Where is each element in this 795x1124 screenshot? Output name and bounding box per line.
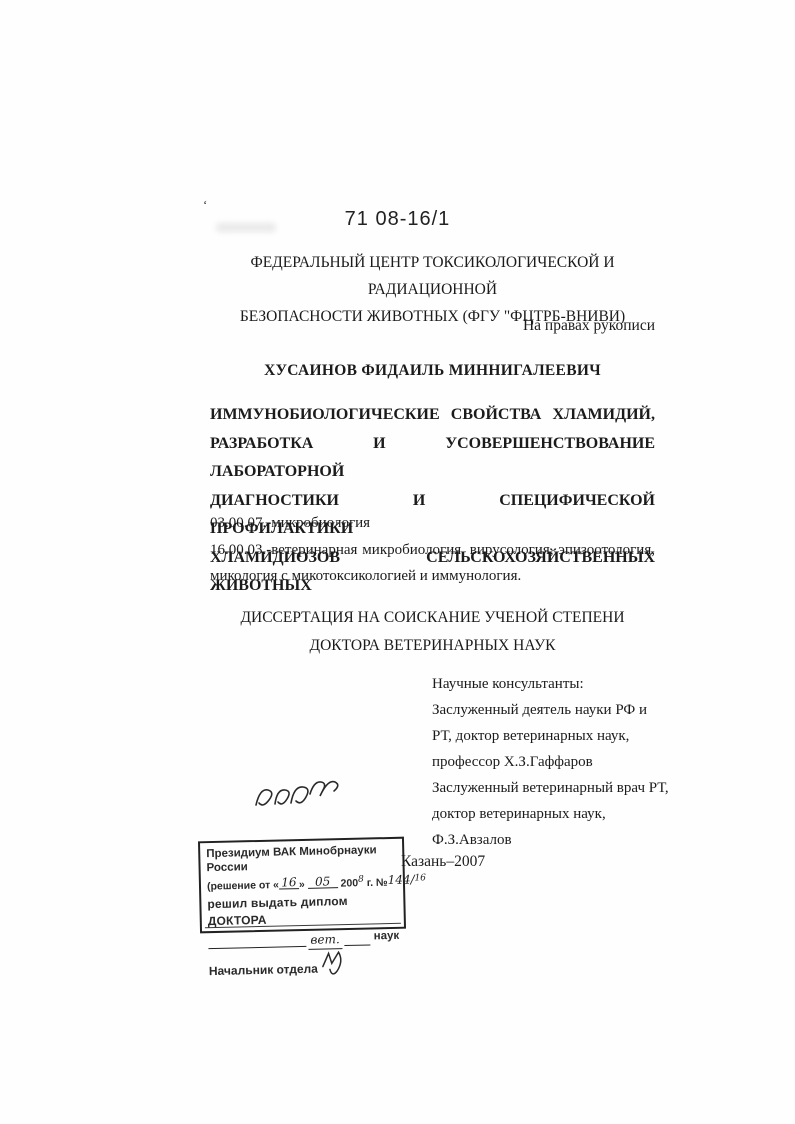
stamp-number-handwritten: 144/ — [387, 872, 414, 887]
chief-signature-icon — [319, 949, 354, 981]
stamp-month-handwritten: 05 — [308, 876, 338, 889]
stamp-chief-label: Начальник отдела — [209, 959, 318, 979]
specialty-line: микология с микотоксикологией и иммуноло… — [210, 563, 655, 590]
stamp-chief-line: Начальник отдела — [208, 944, 400, 979]
consultant-line: Заслуженный ветеринарный врач РТ, — [432, 775, 672, 801]
stamp-number-sup-handwritten: 16 — [414, 873, 426, 883]
stamp-year-digit-handwritten: 8 — [358, 875, 364, 885]
specialty-line: 16.00.03.-ветеринарная микробиология, ви… — [210, 537, 655, 564]
degree-statement: ДИССЕРТАЦИЯ НА СОИСКАНИЕ УЧЕНОЙ СТЕПЕНИ … — [210, 604, 655, 659]
signature-scribble-icon — [246, 763, 341, 821]
consultant-line: доктор ветеринарных наук, — [432, 801, 672, 827]
title-line: ИММУНОБИОЛОГИЧЕСКИЕ СВОЙСТВА ХЛАМИДИЙ, — [210, 401, 655, 430]
author-name: ХУСАИНОВ ФИДАИЛЬ МИННИГАЛЕЕВИЧ — [210, 362, 655, 380]
specialty-codes: 03.00.07.-микробиология 16.00.03.-ветери… — [210, 510, 655, 590]
consultant-line: Ф.З.Авзалов — [432, 827, 672, 853]
stamp-blank-handwritten: вет. — [308, 930, 342, 950]
stamp-decision-line: (решение от «16» 05 2008 г. №144/16 — [207, 871, 398, 896]
vak-approval-stamp: Президиум ВАК Минобрнауки России (решени… — [198, 837, 406, 934]
title-line: РАЗРАБОТКА И УСОВЕРШЕНСТВОВАНИЕ ЛАБОРАТО… — [210, 430, 655, 487]
stamp-day-handwritten: 16 — [279, 877, 299, 889]
stamp-blank-underline-2 — [344, 930, 370, 946]
stamp-quote-close: » — [299, 878, 305, 890]
city-year: Казань–2007 — [401, 853, 485, 871]
stamp-header: Президиум ВАК Минобрнауки России — [206, 843, 398, 875]
consultants-heading: Научные консультанты: — [432, 671, 672, 697]
consultant-line: Заслуженный деятель науки РФ и — [432, 697, 672, 723]
stamp-blank-underline — [208, 931, 307, 948]
catalog-number: 71 08-16/1 — [0, 208, 795, 231]
stamp-decision-prefix: (решение от « — [207, 879, 279, 893]
manuscript-rights-note: На правах рукописи — [523, 317, 655, 335]
institution-line-1: ФЕДЕРАЛЬНЫЙ ЦЕНТР ТОКСИКОЛОГИЧЕСКОЙ И РА… — [210, 249, 655, 303]
scientific-consultants: Научные консультанты: Заслуженный деятел… — [432, 671, 672, 853]
dissertation-title-page: ‘ 71 08-16/1 ФЕДЕРАЛЬНЫЙ ЦЕНТР ТОКСИКОЛО… — [0, 0, 795, 1124]
stamp-number-label: г. № — [367, 877, 388, 889]
consultant-line: профессор Х.З.Гаффаров — [432, 749, 672, 775]
degree-line-2: ДОКТОРА ВЕТЕРИНАРНЫХ НАУК — [210, 632, 655, 660]
stamp-year-prefix: 200 — [340, 877, 358, 889]
consultant-line: РТ, доктор ветеринарных наук, — [432, 723, 672, 749]
stamp-nauk-label: наук — [373, 926, 399, 945]
handwritten-signature — [246, 763, 341, 821]
degree-line-1: ДИССЕРТАЦИЯ НА СОИСКАНИЕ УЧЕНОЙ СТЕПЕНИ — [210, 604, 655, 632]
specialty-line: 03.00.07.-микробиология — [210, 510, 655, 537]
